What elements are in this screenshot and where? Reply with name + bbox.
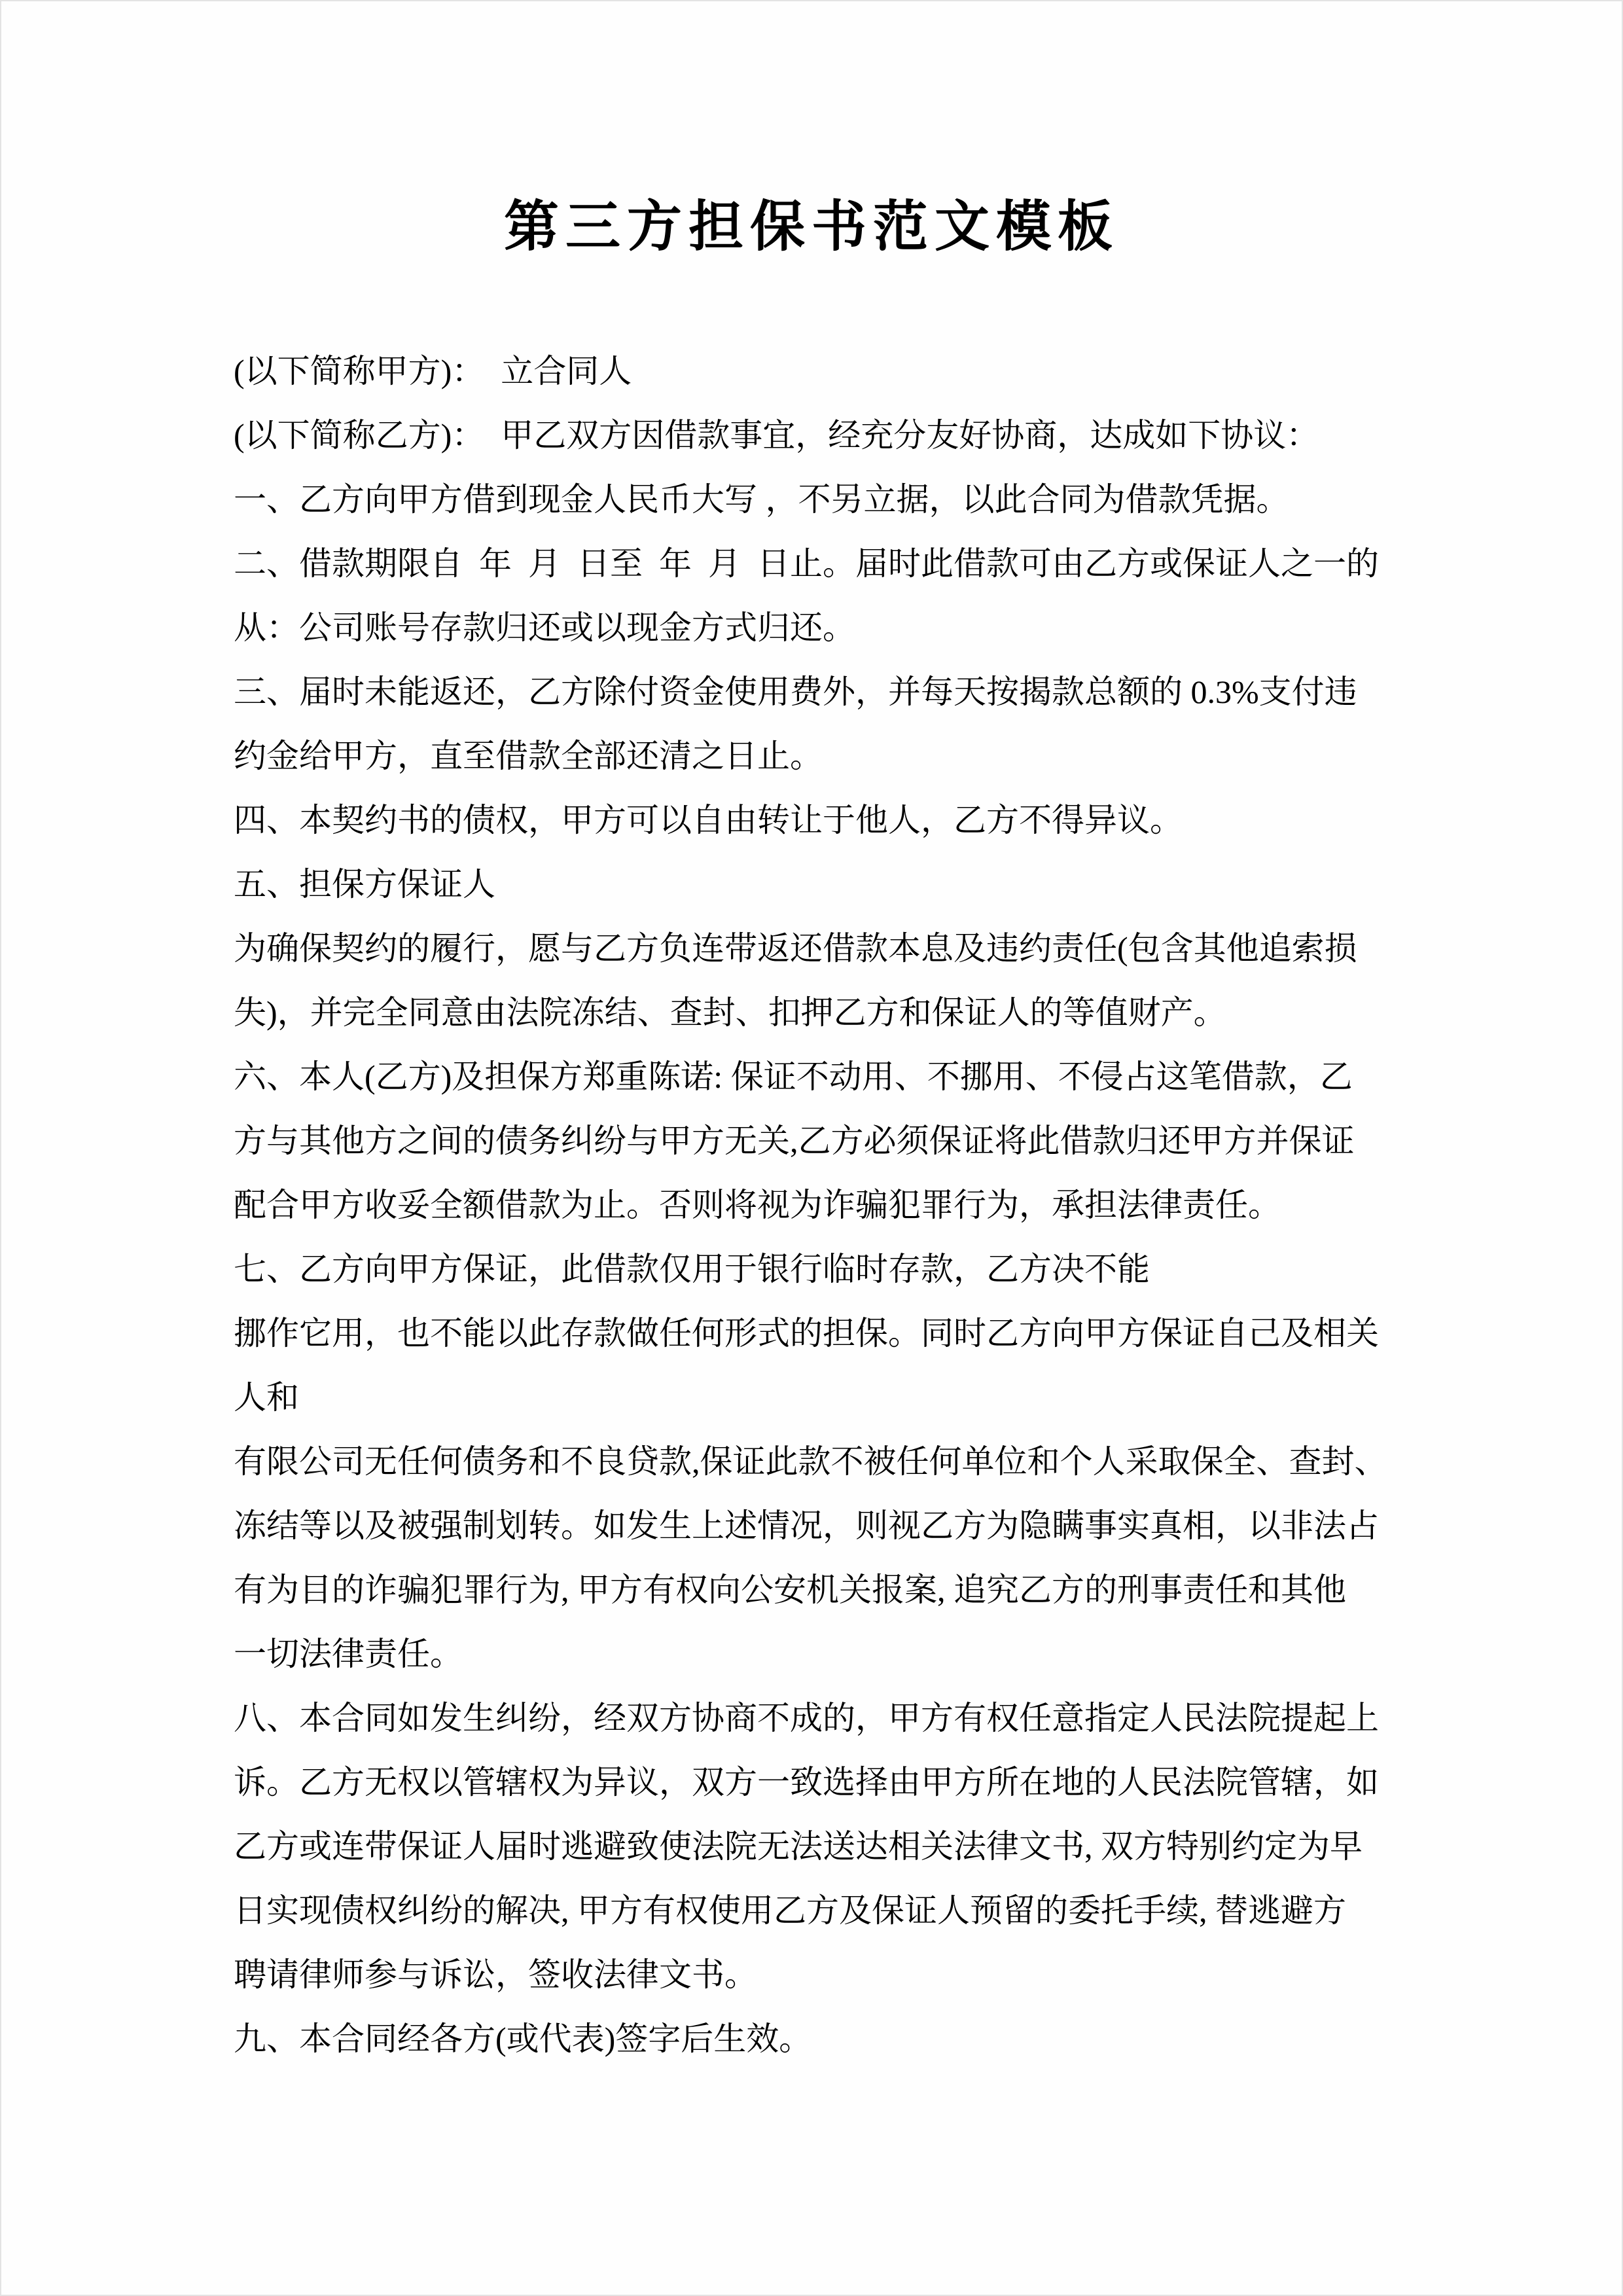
document-title: 第三方担保书范文模板 — [0, 193, 1623, 262]
text-line: (以下简称乙方)： 甲乙双方因借款事宜，经充分友好协商，达成如下协议： — [234, 403, 1395, 467]
text-line: 为确保契约的履行，愿与乙方负连带返还借款本息及违约责任(包含其他追索损 — [234, 916, 1395, 980]
text-line: 从：公司账号存款归还或以现金方式归还。 — [234, 596, 1395, 660]
text-line: 九、本合同经各方(或代表)签字后生效。 — [234, 2007, 1395, 2071]
text-line: 诉。乙方无权以管辖权为异议，双方一致选择由甲方所在地的人民法院管辖，如 — [234, 1750, 1395, 1814]
text-line: 七、乙方向甲方保证，此借款仅用于银行临时存款，乙方决不能 — [234, 1237, 1395, 1301]
text-line: 聘请律师参与诉讼，签收法律文书。 — [234, 1943, 1395, 2007]
text-line: 冻结等以及被强制划转。如发生上述情况，则视乙方为隐瞒事实真相，以非法占 — [234, 1494, 1395, 1558]
text-line: 二、借款期限自 年 月 日至 年 月 日止。届时此借款可由乙方或保证人之一的 — [234, 531, 1395, 596]
text-line: 五、担保方保证人 — [234, 852, 1395, 916]
text-line: 三、届时未能返还，乙方除付资金使用费外，并每天按揭款总额的 0.3%支付违 — [234, 660, 1395, 724]
text-line: (以下简称甲方)： 立合同人 — [234, 339, 1395, 403]
text-line: 八、本合同如发生纠纷，经双方协商不成的，甲方有权任意指定人民法院提起上 — [234, 1686, 1395, 1750]
text-line: 配合甲方收妥全额借款为止。否则将视为诈骗犯罪行为，承担法律责任。 — [234, 1173, 1395, 1237]
text-line: 有为目的诈骗犯罪行为, 甲方有权向公安机关报案, 追究乙方的刑事责任和其他 — [234, 1558, 1395, 1622]
text-line: 一切法律责任。 — [234, 1622, 1395, 1686]
text-line: 乙方或连带保证人届时逃避致使法院无法送达相关法律文书, 双方特别约定为早 — [234, 1814, 1395, 1878]
text-line: 人和 — [234, 1365, 1395, 1429]
document-body: (以下简称甲方)： 立合同人(以下简称乙方)： 甲乙双方因借款事宜，经充分友好协… — [234, 339, 1395, 2071]
text-line: 挪作它用，也不能以此存款做任何形式的担保。同时乙方向甲方保证自己及相关 — [234, 1301, 1395, 1365]
text-line: 日实现债权纠纷的解决, 甲方有权使用乙方及保证人预留的委托手续, 替逃避方 — [234, 1878, 1395, 1943]
text-line: 一、乙方向甲方借到现金人民币大写 ，不另立据，以此合同为借款凭据。 — [234, 467, 1395, 531]
document-page: 第三方担保书范文模板 (以下简称甲方)： 立合同人(以下简称乙方)： 甲乙双方因… — [0, 0, 1623, 2296]
text-line: 有限公司无任何债务和不良贷款,保证此款不被任何单位和个人采取保全、查封、 — [234, 1429, 1395, 1494]
text-line: 六、本人(乙方)及担保方郑重陈诺: 保证不动用、不挪用、不侵占这笔借款，乙 — [234, 1045, 1395, 1109]
text-line: 约金给甲方，直至借款全部还清之日止。 — [234, 724, 1395, 788]
text-line: 四、本契约书的债权，甲方可以自由转让于他人，乙方不得异议。 — [234, 788, 1395, 852]
text-line: 失)，并完全同意由法院冻结、查封、扣押乙方和保证人的等值财产。 — [234, 980, 1395, 1045]
text-line: 方与其他方之间的债务纠纷与甲方无关,乙方必须保证将此借款归还甲方并保证 — [234, 1109, 1395, 1173]
